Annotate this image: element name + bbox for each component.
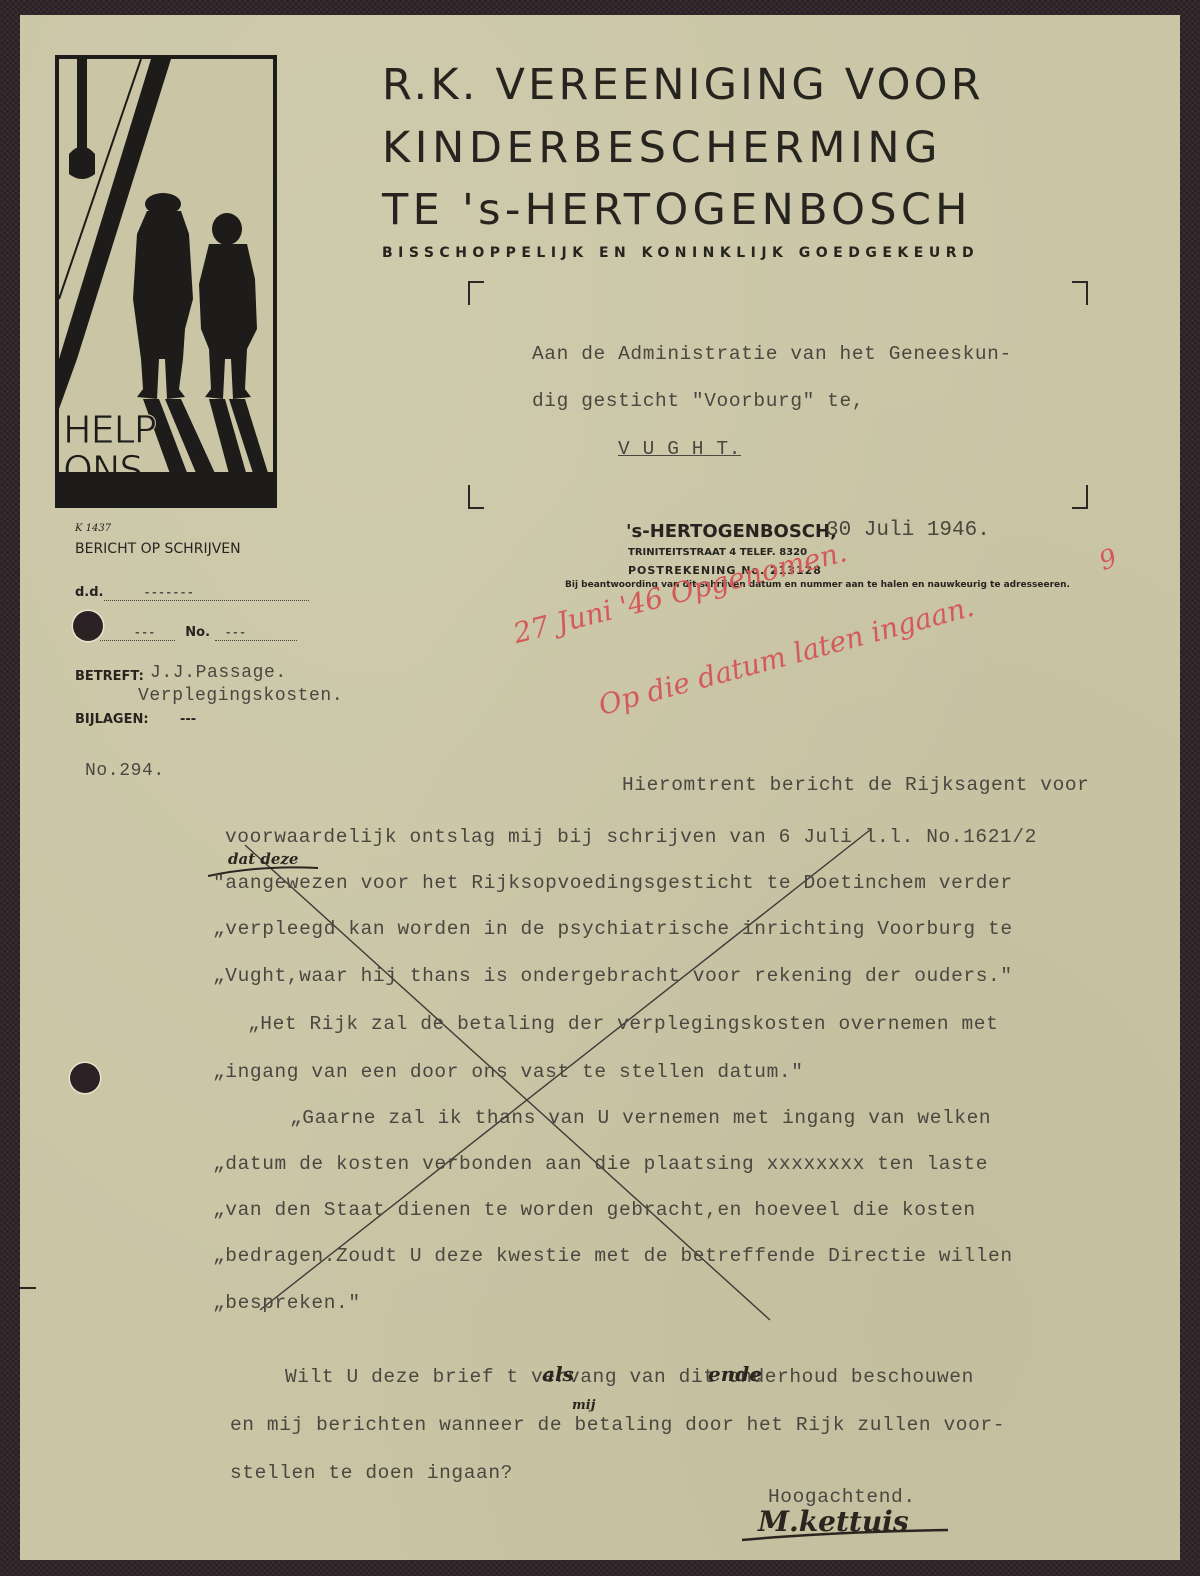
no-value: ---: [215, 626, 297, 641]
body-line-10: „van den Staat dienen te worden gebracht…: [213, 1199, 976, 1221]
body-line-5: „Vught,waar hij thans is ondergebracht v…: [213, 965, 1013, 987]
address-line2: dig gesticht "Voorburg" te,: [532, 390, 864, 412]
handwritten-als: als: [542, 1362, 574, 1386]
logo-code: K 1437: [75, 523, 111, 534]
body-line-3: "aangewezen voor het Rijksopvoedingsgest…: [213, 872, 1013, 894]
logo-base-bar: [59, 472, 273, 504]
window-corner-br: [1072, 485, 1088, 509]
org-name-line1: R.K. VEREENIGING VOOR: [382, 64, 984, 107]
body-line-12: „bespreken.": [213, 1292, 361, 1314]
punch-hole-bottom: [70, 1063, 100, 1093]
letter-date: 30 Juli 1946.: [826, 519, 990, 542]
handwritten-dat-deze: dat deze: [228, 850, 298, 868]
body-line-8: „Gaarne zal ik thans van U vernemen met …: [290, 1107, 991, 1129]
org-subtitle: BISSCHOPPELIJK EN KONINKLIJK GOEDGEKEURD: [382, 245, 979, 261]
dd-field: d.d.-------: [75, 585, 309, 601]
body-line-13: Wilt U deze brief t vervang van dit onde…: [285, 1366, 974, 1388]
body-line-6: „Het Rijk zal de betaling der verpleging…: [248, 1013, 998, 1035]
no-prefix-value: ---: [100, 626, 175, 641]
body-line-4: „verpleegd kan worden in de psychiatrisc…: [213, 918, 1013, 940]
bijlagen-label: BIJLAGEN:: [75, 712, 149, 727]
no-field-row: No.--- No. ---: [75, 625, 297, 641]
dd-value: -------: [104, 586, 309, 601]
body-line-11: „bedragen.Zoudt U deze kwestie met de be…: [213, 1245, 1013, 1267]
letter-number: No.294.: [85, 761, 165, 781]
body-line-1: Hieromtrent bericht de Rijksagent voor: [622, 774, 1089, 796]
betreft-line2: Verplegingskosten.: [138, 686, 343, 706]
bijlagen-value: ---: [180, 712, 196, 727]
address-line1: Aan de Administratie van het Geneeskun-: [532, 343, 1012, 365]
window-corner-tr: [1072, 281, 1088, 305]
body-line-14: en mij berichten wanneer de betaling doo…: [230, 1414, 1005, 1436]
org-name-line2: KINDERBESCHERMING: [382, 127, 942, 170]
body-line-2: voorwaardelijk ontslag mij bij schrijven…: [225, 826, 1037, 848]
handwritten-ende: ende: [708, 1362, 762, 1386]
window-corner-tl: [468, 281, 484, 305]
body-line-9: „datum de kosten verbonden aan die plaat…: [213, 1153, 988, 1175]
body-line-7: „ingang van een door ons vast te stellen…: [213, 1061, 804, 1083]
fold-tick-mark: [20, 1287, 36, 1289]
signature: M.kettuis: [758, 1505, 909, 1538]
no-label: No.: [185, 625, 210, 640]
betreft-line1: J.J.Passage.: [150, 663, 287, 683]
address-city: V U G H T.: [618, 438, 741, 460]
dd-label: d.d.: [75, 585, 104, 600]
no-prefix-label: No.: [75, 625, 100, 640]
betreft-label: BETREFT:: [75, 669, 144, 684]
handwritten-mij: mij: [572, 1398, 595, 1413]
org-name-line3: TE 's-HERTOGENBOSCH: [382, 189, 972, 232]
logo-word-help: HELP: [63, 411, 156, 449]
bericht-op-schrijven-heading: BERICHT OP SCHRIJVEN: [75, 541, 241, 557]
body-line-15: stellen te doen ingaan?: [230, 1462, 513, 1484]
sender-city: 's-HERTOGENBOSCH,: [626, 521, 837, 542]
window-corner-bl: [468, 485, 484, 509]
help-ons-logo: HELP ONS: [55, 55, 277, 508]
